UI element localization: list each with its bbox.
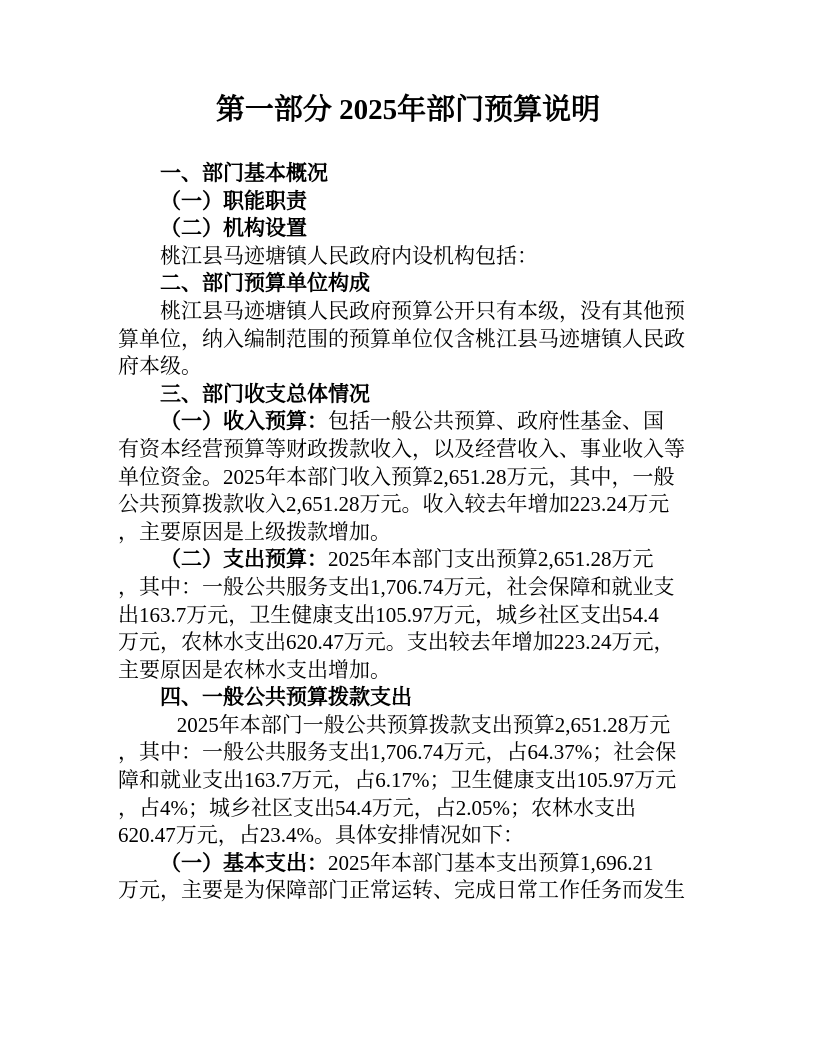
bold-text-segment: 四、一般公共预算拨款支出 bbox=[160, 685, 412, 709]
text-line: 二、部门预算单位构成 bbox=[118, 270, 698, 298]
text-segment: ，其中：一般公共服务支出1,706.74万元，占64.37%；社会保 bbox=[118, 740, 676, 764]
text-segment: 2025年本部门一般公共预算拨款支出预算2,651.28万元 bbox=[177, 713, 671, 737]
bold-text-segment: 三、部门收支总体情况 bbox=[160, 382, 370, 406]
text-segment: ，占4%；城乡社区支出54.4万元，占2.05%；农林水支出 bbox=[118, 796, 636, 820]
text-segment: 主要原因是农林水支出增加。 bbox=[118, 658, 391, 682]
text-line: 620.47万元，占23.4%。具体安排情况如下： bbox=[118, 822, 698, 850]
text-segment: 桃江县马迹塘镇人民政府内设机构包括： bbox=[160, 244, 538, 268]
text-line: 出163.7万元，卫生健康支出105.97万元，城乡社区支出54.4 bbox=[118, 602, 698, 630]
text-segment: 桃江县马迹塘镇人民政府预算公开只有本级，没有其他预 bbox=[160, 299, 685, 323]
text-segment: 2025年本部门支出预算2,651.28万元 bbox=[328, 547, 654, 571]
text-segment: 障和就业支出163.7万元，占6.17%；卫生健康支出105.97万元 bbox=[118, 768, 676, 792]
text-line: 障和就业支出163.7万元，占6.17%；卫生健康支出105.97万元 bbox=[118, 767, 698, 795]
text-segment: 2025年本部门基本支出预算1,696.21 bbox=[328, 851, 654, 875]
text-line: 2025年本部门一般公共预算拨款支出预算2,651.28万元 bbox=[118, 712, 698, 740]
text-segment: 府本级。 bbox=[118, 354, 202, 378]
text-segment: ，主要原因是上级拨款增加。 bbox=[118, 520, 391, 544]
text-line: ，主要原因是上级拨款增加。 bbox=[118, 519, 698, 547]
text-line: ，占4%；城乡社区支出54.4万元，占2.05%；农林水支出 bbox=[118, 795, 698, 823]
bold-text-segment: 二、部门预算单位构成 bbox=[160, 271, 370, 295]
text-line: （二）机构设置 bbox=[118, 215, 698, 243]
bold-text-segment: （一）收入预算： bbox=[160, 409, 328, 433]
text-segment: 单位资金。2025年本部门收入预算2,651.28万元，其中，一般 bbox=[118, 465, 675, 489]
bold-text-segment: 一、部门基本概况 bbox=[160, 161, 328, 185]
text-line: 万元，农林水支出620.47万元。支出较去年增加223.24万元， bbox=[118, 629, 698, 657]
text-line: 一、部门基本概况 bbox=[118, 160, 698, 188]
text-line: （一）收入预算：包括一般公共预算、政府性基金、国 bbox=[118, 408, 698, 436]
bold-text-segment: （一）基本支出： bbox=[160, 851, 328, 875]
text-segment: 公共预算拨款收入2,651.28万元。收入较去年增加223.24万元 bbox=[118, 492, 669, 516]
text-segment: 出163.7万元，卫生健康支出105.97万元，城乡社区支出54.4 bbox=[118, 603, 659, 627]
text-segment: 包括一般公共预算、政府性基金、国 bbox=[328, 409, 664, 433]
text-line: 三、部门收支总体情况 bbox=[118, 381, 698, 409]
document-page: 第一部分 2025年部门预算说明 一、部门基本概况（一）职能职责（二）机构设置桃… bbox=[0, 0, 816, 1056]
document-content: 第一部分 2025年部门预算说明 一、部门基本概况（一）职能职责（二）机构设置桃… bbox=[118, 88, 698, 905]
text-segment: 有资本经营预算等财政拨款收入，以及经营收入、事业收入等 bbox=[118, 437, 685, 461]
bold-text-segment: （二）支出预算： bbox=[160, 547, 328, 571]
text-segment: 算单位，纳入编制范围的预算单位仅含桃江县马迹塘镇人民政 bbox=[118, 327, 685, 351]
text-line: ，其中：一般公共服务支出1,706.74万元，占64.37%；社会保 bbox=[118, 739, 698, 767]
text-segment: 万元，主要是为保障部门正常运转、完成日常工作任务而发生 bbox=[118, 878, 685, 902]
document-body: 一、部门基本概况（一）职能职责（二）机构设置桃江县马迹塘镇人民政府内设机构包括：… bbox=[118, 160, 698, 905]
text-line: （一）基本支出：2025年本部门基本支出预算1,696.21 bbox=[118, 850, 698, 878]
text-line: 桃江县马迹塘镇人民政府内设机构包括： bbox=[118, 243, 698, 271]
text-line: 桃江县马迹塘镇人民政府预算公开只有本级，没有其他预 bbox=[118, 298, 698, 326]
text-line: （一）职能职责 bbox=[118, 188, 698, 216]
text-segment: 万元，农林水支出620.47万元。支出较去年增加223.24万元， bbox=[118, 630, 675, 654]
page-title: 第一部分 2025年部门预算说明 bbox=[118, 88, 698, 132]
text-line: 万元，主要是为保障部门正常运转、完成日常工作任务而发生 bbox=[118, 877, 698, 905]
text-line: 单位资金。2025年本部门收入预算2,651.28万元，其中，一般 bbox=[118, 464, 698, 492]
text-line: 有资本经营预算等财政拨款收入，以及经营收入、事业收入等 bbox=[118, 436, 698, 464]
text-line: 公共预算拨款收入2,651.28万元。收入较去年增加223.24万元 bbox=[118, 491, 698, 519]
text-segment: ，其中：一般公共服务支出1,706.74万元，社会保障和就业支 bbox=[118, 575, 675, 599]
bold-text-segment: （一）职能职责 bbox=[160, 189, 307, 213]
text-line: ，其中：一般公共服务支出1,706.74万元，社会保障和就业支 bbox=[118, 574, 698, 602]
text-segment: 620.47万元，占23.4%。具体安排情况如下： bbox=[118, 823, 524, 847]
text-line: 主要原因是农林水支出增加。 bbox=[118, 657, 698, 685]
text-line: 府本级。 bbox=[118, 353, 698, 381]
text-line: （二）支出预算：2025年本部门支出预算2,651.28万元 bbox=[118, 546, 698, 574]
text-line: 算单位，纳入编制范围的预算单位仅含桃江县马迹塘镇人民政 bbox=[118, 326, 698, 354]
text-line: 四、一般公共预算拨款支出 bbox=[118, 684, 698, 712]
bold-text-segment: （二）机构设置 bbox=[160, 216, 307, 240]
